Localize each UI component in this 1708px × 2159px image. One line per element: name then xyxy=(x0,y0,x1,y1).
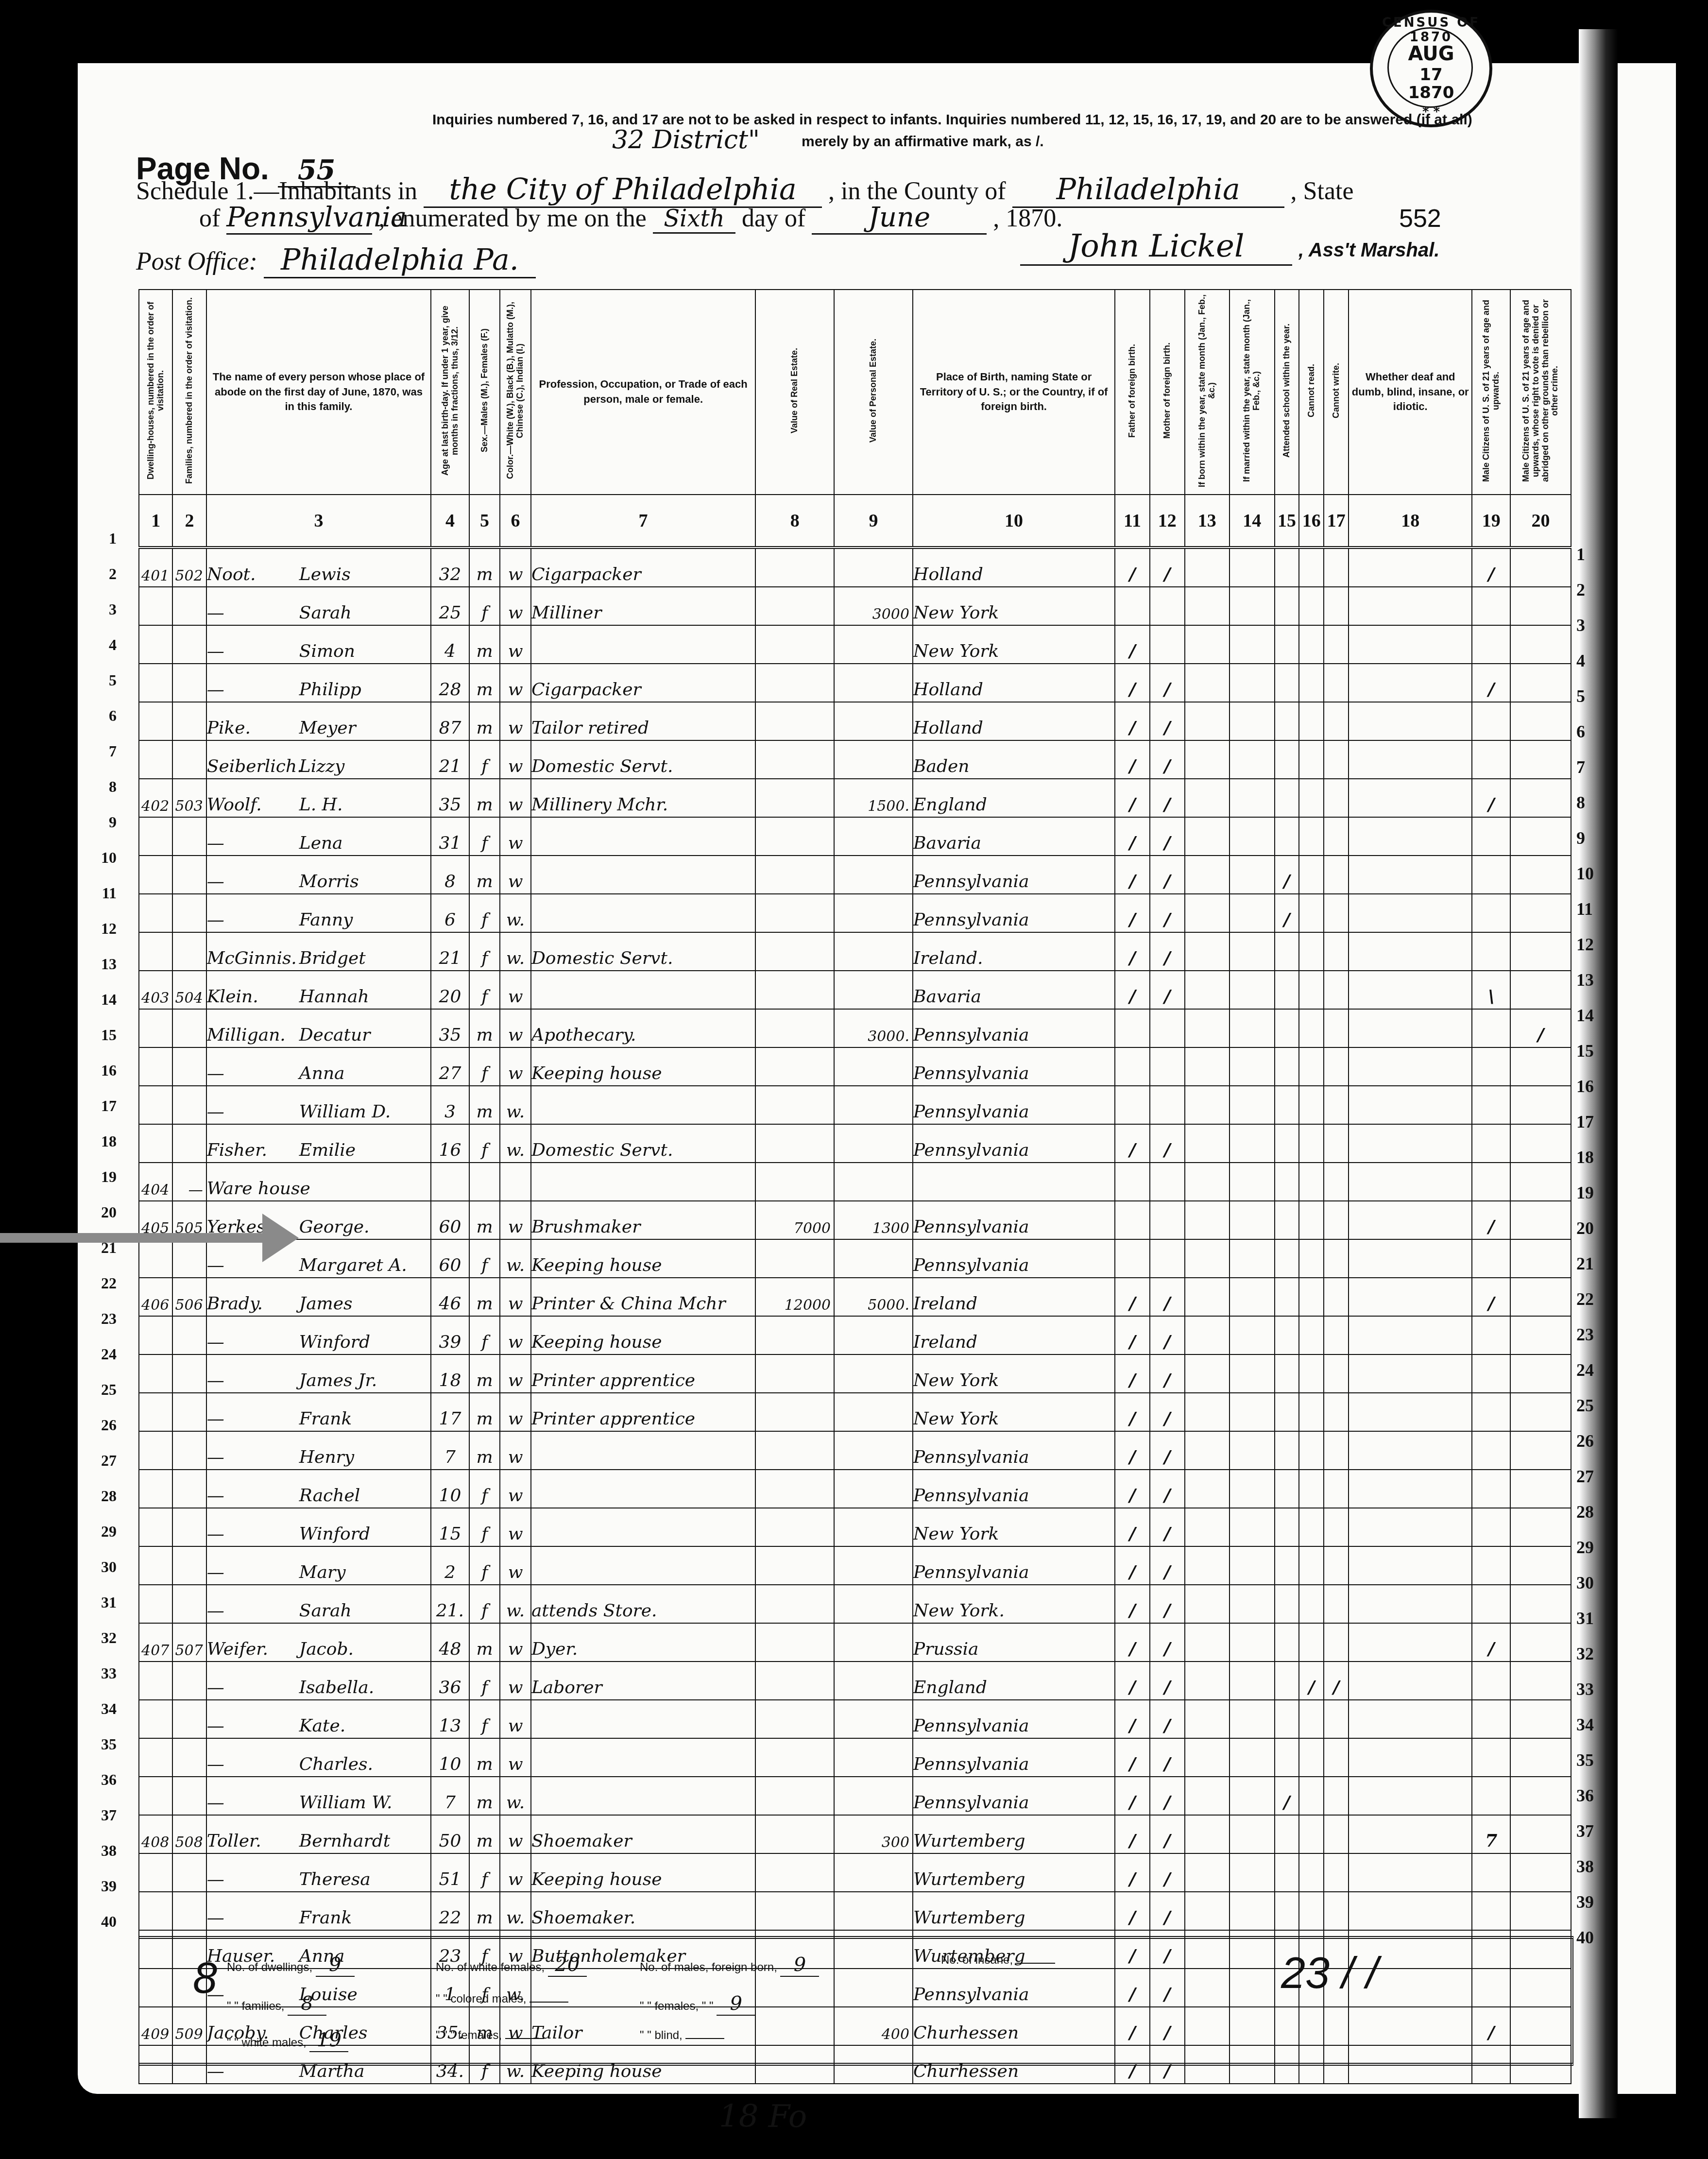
cell-birthplace: New York xyxy=(913,1354,1115,1393)
cell-c19 xyxy=(1472,817,1510,856)
line-number-left: 13 xyxy=(87,955,117,973)
line-number-right: 10 xyxy=(1576,863,1606,884)
cell-c15 xyxy=(1275,1700,1299,1738)
cell-c17 xyxy=(1324,779,1349,817)
line-number-left: 1 xyxy=(87,530,117,548)
cell-real xyxy=(755,740,834,779)
cell-c18 xyxy=(1349,817,1472,856)
cell-family xyxy=(172,664,206,702)
cell-c15: / xyxy=(1275,1777,1299,1815)
cell-c12 xyxy=(1150,1009,1185,1047)
person-name: —Simon xyxy=(206,625,431,664)
cell-real xyxy=(755,1546,834,1585)
surname: — xyxy=(207,1678,299,1697)
line-number-left: 33 xyxy=(87,1664,117,1682)
cell-c18 xyxy=(1349,1892,1472,1930)
line-number-right: 1 xyxy=(1576,544,1606,565)
cell-dwelling xyxy=(139,856,172,894)
cell-birthplace: Pennsylvania xyxy=(913,1470,1115,1508)
cell-c14 xyxy=(1230,1086,1274,1124)
cell-dwelling xyxy=(139,702,172,740)
cell-c16 xyxy=(1299,1738,1324,1777)
cell-c11: / xyxy=(1115,817,1150,856)
cell-color: w xyxy=(500,548,531,587)
cell-c18 xyxy=(1349,1738,1472,1777)
cell-c20 xyxy=(1510,702,1571,740)
cell-c13 xyxy=(1185,1086,1230,1124)
cell-c16 xyxy=(1299,1815,1324,1853)
cell-age: 2 xyxy=(431,1546,469,1585)
cell-occupation: Dyer. xyxy=(531,1623,755,1662)
surname: — xyxy=(207,1908,299,1928)
cell-age: 7 xyxy=(431,1431,469,1470)
cell-real xyxy=(755,1163,834,1201)
cell-c11 xyxy=(1115,1009,1150,1047)
cell-c13 xyxy=(1185,664,1230,702)
cell-c14 xyxy=(1230,548,1274,587)
cell-color: w xyxy=(500,740,531,779)
given-name: Henry xyxy=(299,1447,354,1467)
cell-c17 xyxy=(1324,625,1349,664)
given-name: Bernhardt xyxy=(299,1831,391,1851)
cell-personal xyxy=(834,1853,913,1892)
cell-c13 xyxy=(1185,779,1230,817)
cell-c15 xyxy=(1275,1239,1299,1278)
cell-c13 xyxy=(1185,1738,1230,1777)
cell-family xyxy=(172,1585,206,1623)
column-header-row: Dwelling-houses, numbered in the order o… xyxy=(139,290,1571,495)
cell-c14 xyxy=(1230,1124,1274,1163)
cell-c19: \ xyxy=(1472,971,1510,1009)
cell-dwelling xyxy=(139,1892,172,1930)
cell-personal xyxy=(834,1700,913,1738)
cell-sex: f xyxy=(469,1124,500,1163)
census-row: 407507Weifer.Jacob.48mwDyer.Prussia/// xyxy=(139,1623,1571,1662)
cell-c18 xyxy=(1349,1700,1472,1738)
given-name: James xyxy=(299,1294,353,1314)
census-row: McGinnis.Bridget21fw.Domestic Servt.Irel… xyxy=(139,932,1571,971)
marshal-label: , Ass't Marshal. xyxy=(1298,240,1439,261)
cell-c14 xyxy=(1230,1047,1274,1086)
cell-c18 xyxy=(1349,1853,1472,1892)
cell-c17 xyxy=(1324,740,1349,779)
cell-c12: / xyxy=(1150,1393,1185,1431)
cell-age: 16 xyxy=(431,1124,469,1163)
cell-occupation: Keeping house xyxy=(531,1047,755,1086)
cell-c12: / xyxy=(1150,971,1185,1009)
cell-c16 xyxy=(1299,587,1324,625)
cell-c16 xyxy=(1299,702,1324,740)
cell-c16 xyxy=(1299,1086,1324,1124)
cell-c16 xyxy=(1299,1201,1324,1239)
cell-family xyxy=(172,1508,206,1546)
cell-occupation xyxy=(531,1700,755,1738)
cell-birthplace: New York xyxy=(913,625,1115,664)
cell-c19 xyxy=(1472,1470,1510,1508)
census-row: —Winford15fwNew York// xyxy=(139,1508,1571,1546)
cell-c15 xyxy=(1275,1086,1299,1124)
cell-c17 xyxy=(1324,1354,1349,1393)
cell-c13 xyxy=(1185,856,1230,894)
line-number-left: 22 xyxy=(87,1274,117,1292)
cell-personal xyxy=(834,1086,913,1124)
cell-c14 xyxy=(1230,1316,1274,1354)
cell-c13 xyxy=(1185,1201,1230,1239)
cell-color: w xyxy=(500,856,531,894)
cell-color: w xyxy=(500,1662,531,1700)
cell-dwelling: 406 xyxy=(139,1278,172,1316)
cell-real xyxy=(755,1508,834,1546)
cell-real xyxy=(755,625,834,664)
person-name: Klein.Hannah xyxy=(206,971,431,1009)
line-number-left: 38 xyxy=(87,1842,117,1860)
cell-c14 xyxy=(1230,1738,1274,1777)
cell-c18 xyxy=(1349,932,1472,971)
cell-sex: m xyxy=(469,1623,500,1662)
given-name: Fanny xyxy=(299,910,353,930)
census-row: —Winford39fwKeeping houseIreland// xyxy=(139,1316,1571,1354)
cell-birthplace: Pennsylvania xyxy=(913,1047,1115,1086)
cell-birthplace: Holland xyxy=(913,702,1115,740)
page-summary: 8 No. of dwellings, 9 " " families, 8 " … xyxy=(138,1936,1573,2066)
cell-birthplace: Pennsylvania xyxy=(913,1738,1115,1777)
line-number-right: 28 xyxy=(1576,1502,1606,1522)
cell-family xyxy=(172,587,206,625)
cell-family: 502 xyxy=(172,548,206,587)
col-header-3: The name of every person whose place of … xyxy=(206,290,431,495)
cell-c12: / xyxy=(1150,548,1185,587)
line-number-right: 21 xyxy=(1576,1253,1606,1274)
cell-c20 xyxy=(1510,1508,1571,1546)
state-label: , State xyxy=(1291,177,1354,205)
cell-c20 xyxy=(1510,1892,1571,1930)
cell-age: 25 xyxy=(431,587,469,625)
cell-c13 xyxy=(1185,1546,1230,1585)
cell-c17 xyxy=(1324,1738,1349,1777)
cell-c15 xyxy=(1275,971,1299,1009)
given-name: Decatur xyxy=(299,1025,371,1045)
census-row: —Fanny6fw.Pennsylvania/// xyxy=(139,894,1571,932)
cell-c15 xyxy=(1275,1585,1299,1623)
census-row: 404—Ware house xyxy=(139,1163,1571,1201)
cell-color: w xyxy=(500,1354,531,1393)
cell-c11: / xyxy=(1115,1470,1150,1508)
col-header-19: Male Citizens of U. S. of 21 years of ag… xyxy=(1472,290,1510,495)
cell-c12 xyxy=(1150,587,1185,625)
post-office-line: Post Office: Philadelphia Pa. xyxy=(136,243,536,278)
cell-c17 xyxy=(1324,1047,1349,1086)
cell-real xyxy=(755,856,834,894)
cell-personal xyxy=(834,548,913,587)
cell-dwelling xyxy=(139,1316,172,1354)
cell-personal xyxy=(834,1738,913,1777)
cell-c18 xyxy=(1349,894,1472,932)
cell-c12: / xyxy=(1150,1892,1185,1930)
given-name: James Jr. xyxy=(299,1371,377,1390)
cell-c18 xyxy=(1349,1278,1472,1316)
cell-c19 xyxy=(1472,894,1510,932)
cell-c18 xyxy=(1349,1662,1472,1700)
cell-dwelling xyxy=(139,1470,172,1508)
cell-family xyxy=(172,894,206,932)
surname: Noot. xyxy=(207,565,299,584)
col-header-8: Value of Real Estate. xyxy=(755,290,834,495)
cell-age: 10 xyxy=(431,1738,469,1777)
cell-c20 xyxy=(1510,1470,1571,1508)
given-name: Rachel xyxy=(299,1486,360,1506)
cell-real xyxy=(755,894,834,932)
surname: Milligan. xyxy=(207,1025,299,1045)
cell-birthplace: New York xyxy=(913,1508,1115,1546)
cell-c16 xyxy=(1299,1777,1324,1815)
cell-dwelling xyxy=(139,1047,172,1086)
cell-c18 xyxy=(1349,664,1472,702)
cell-c20 xyxy=(1510,1585,1571,1623)
cell-c18 xyxy=(1349,1815,1472,1853)
cell-real xyxy=(755,1086,834,1124)
line-number-right: 31 xyxy=(1576,1608,1606,1628)
cell-c20 xyxy=(1510,1777,1571,1815)
cell-c17 xyxy=(1324,1086,1349,1124)
cell-age: 21 xyxy=(431,932,469,971)
cell-c11 xyxy=(1115,1086,1150,1124)
person-name: —William D. xyxy=(206,1086,431,1124)
cell-c17 xyxy=(1324,548,1349,587)
cell-birthplace: Holland xyxy=(913,664,1115,702)
cell-c20 xyxy=(1510,894,1571,932)
cell-occupation xyxy=(531,1470,755,1508)
cell-c19: / xyxy=(1472,779,1510,817)
cell-dwelling xyxy=(139,817,172,856)
line-number-left: 29 xyxy=(87,1523,117,1541)
cell-dwelling xyxy=(139,1124,172,1163)
cell-c11: / xyxy=(1115,932,1150,971)
cell-c18 xyxy=(1349,1393,1472,1431)
cell-dwelling: 402 xyxy=(139,779,172,817)
cell-c16 xyxy=(1299,1393,1324,1431)
cell-c12: / xyxy=(1150,932,1185,971)
cell-c12 xyxy=(1150,1201,1185,1239)
cell-c17 xyxy=(1324,1777,1349,1815)
stamp-year: 1870 xyxy=(1373,83,1489,103)
cell-real xyxy=(755,1585,834,1623)
cell-personal xyxy=(834,1047,913,1086)
cell-c14 xyxy=(1230,1431,1274,1470)
cell-c20 xyxy=(1510,779,1571,817)
cell-age: 50 xyxy=(431,1815,469,1853)
cell-c15 xyxy=(1275,1892,1299,1930)
enumeration-line: of Pennsylvania , enumerated by me on th… xyxy=(199,202,1062,235)
given-name: Anna xyxy=(299,1063,345,1083)
cell-c16 xyxy=(1299,856,1324,894)
cell-dwelling xyxy=(139,1086,172,1124)
line-number-left: 2 xyxy=(87,565,117,583)
line-number-right: 32 xyxy=(1576,1644,1606,1664)
line-number-left: 23 xyxy=(87,1310,117,1328)
cell-real xyxy=(755,1892,834,1930)
col-header-1: Dwelling-houses, numbered in the order o… xyxy=(139,290,172,495)
cell-c20 xyxy=(1510,664,1571,702)
person-name: —Theresa xyxy=(206,1853,431,1892)
cell-c16 xyxy=(1299,664,1324,702)
cell-c14 xyxy=(1230,587,1274,625)
cell-occupation: Keeping house xyxy=(531,1853,755,1892)
cell-c12: / xyxy=(1150,1777,1185,1815)
cell-personal xyxy=(834,856,913,894)
cell-c12: / xyxy=(1150,894,1185,932)
cell-c17 xyxy=(1324,1815,1349,1853)
line-number-right: 37 xyxy=(1576,1821,1606,1841)
line-number-right: 13 xyxy=(1576,970,1606,990)
cell-real xyxy=(755,1815,834,1853)
cell-c12 xyxy=(1150,1163,1185,1201)
cell-c13 xyxy=(1185,817,1230,856)
cell-birthplace: New York. xyxy=(913,1585,1115,1623)
cell-c14 xyxy=(1230,1354,1274,1393)
cell-c15 xyxy=(1275,1853,1299,1892)
person-name: —Margaret A. xyxy=(206,1239,431,1278)
line-number-left: 9 xyxy=(87,813,117,831)
given-name: Sarah xyxy=(299,1601,352,1621)
summary-families: " " families, 8 xyxy=(227,1992,326,2016)
cell-age: 3 xyxy=(431,1086,469,1124)
cell-c20 xyxy=(1510,1047,1571,1086)
cell-color: w xyxy=(500,1700,531,1738)
line-number-right: 29 xyxy=(1576,1537,1606,1558)
col-header-14: If married within the year, state month … xyxy=(1230,290,1274,495)
cell-c12: / xyxy=(1150,1278,1185,1316)
cell-family: 503 xyxy=(172,779,206,817)
cell-occupation xyxy=(531,817,755,856)
line-number-left: 32 xyxy=(87,1629,117,1647)
cell-family xyxy=(172,1431,206,1470)
cell-real xyxy=(755,1009,834,1047)
post-office-field: Philadelphia Pa. xyxy=(264,243,536,278)
line-number-right: 38 xyxy=(1576,1856,1606,1877)
cell-c11: / xyxy=(1115,625,1150,664)
col-header-9: Value of Personal Estate. xyxy=(834,290,913,495)
cell-c11: / xyxy=(1115,1354,1150,1393)
cell-c12: / xyxy=(1150,1738,1185,1777)
cell-family xyxy=(172,740,206,779)
census-rows: 401502Noot.Lewis32mwCigarpackerHolland//… xyxy=(139,548,1571,2084)
person-name: Toller.Bernhardt xyxy=(206,1815,431,1853)
cell-color: w. xyxy=(500,1585,531,1623)
cell-personal xyxy=(834,1163,913,1201)
cell-c13 xyxy=(1185,1278,1230,1316)
cell-color: w xyxy=(500,1470,531,1508)
line-number-left: 28 xyxy=(87,1487,117,1505)
cell-c13 xyxy=(1185,587,1230,625)
col-header-16: Cannot read. xyxy=(1299,290,1324,495)
cell-sex: f xyxy=(469,1239,500,1278)
cell-age: 27 xyxy=(431,1047,469,1086)
cell-c20 xyxy=(1510,817,1571,856)
cell-c16 xyxy=(1299,779,1324,817)
cell-sex: m xyxy=(469,1201,500,1239)
summary-side-mark: 8 xyxy=(193,1953,217,2004)
line-number-right: 3 xyxy=(1576,615,1606,635)
col-header-12: Mother of foreign birth. xyxy=(1150,290,1185,495)
cell-occupation: Printer & China Mchr xyxy=(531,1278,755,1316)
cell-c16 xyxy=(1299,1239,1324,1278)
cell-c13 xyxy=(1185,1623,1230,1662)
stamp-month: AUG xyxy=(1373,43,1489,65)
line-number-right: 9 xyxy=(1576,828,1606,848)
given-name: Charles. xyxy=(299,1754,373,1774)
cell-birthplace: Ireland xyxy=(913,1316,1115,1354)
line-number-right: 20 xyxy=(1576,1218,1606,1238)
census-row: 408508Toller.Bernhardt50mwShoemaker300Wu… xyxy=(139,1815,1571,1853)
cell-c17 xyxy=(1324,664,1349,702)
cell-birthplace: Pennsylvania xyxy=(913,1431,1115,1470)
surname: — xyxy=(207,1332,299,1352)
cell-c18 xyxy=(1349,1623,1472,1662)
cell-c11: / xyxy=(1115,1623,1150,1662)
cell-c20 xyxy=(1510,587,1571,625)
cell-c11: / xyxy=(1115,1662,1150,1700)
cell-c16 xyxy=(1299,1546,1324,1585)
given-name: William D. xyxy=(299,1102,391,1122)
cell-real xyxy=(755,1354,834,1393)
cell-age: 48 xyxy=(431,1623,469,1662)
cell-c18 xyxy=(1349,1201,1472,1239)
cell-occupation: Printer apprentice xyxy=(531,1393,755,1431)
col-num: 8 xyxy=(755,495,834,548)
cell-c17 xyxy=(1324,1009,1349,1047)
cell-real xyxy=(755,1316,834,1354)
line-number-right: 35 xyxy=(1576,1750,1606,1770)
cell-c17 xyxy=(1324,1546,1349,1585)
cell-dwelling: 408 xyxy=(139,1815,172,1853)
cell-c19 xyxy=(1472,856,1510,894)
cell-birthplace: Baden xyxy=(913,740,1115,779)
cell-c14 xyxy=(1230,1163,1274,1201)
line-number-right: 23 xyxy=(1576,1324,1606,1345)
given-name: Meyer xyxy=(299,718,356,738)
cell-dwelling xyxy=(139,894,172,932)
line-number-left: 4 xyxy=(87,636,117,654)
census-row: —Frank17mwPrinter apprenticeNew York// xyxy=(139,1393,1571,1431)
line-number-right: 39 xyxy=(1576,1892,1606,1912)
cell-c11: / xyxy=(1115,1546,1150,1585)
inquiry-note-2: merely by an affirmative mark, as /. xyxy=(802,134,1044,150)
cell-real xyxy=(755,1700,834,1738)
line-number-left: 34 xyxy=(87,1700,117,1718)
cell-c18 xyxy=(1349,1546,1472,1585)
cell-age: 35 xyxy=(431,1009,469,1047)
cell-c15 xyxy=(1275,1738,1299,1777)
cell-age: 7 xyxy=(431,1777,469,1815)
cell-c18 xyxy=(1349,1047,1472,1086)
cell-c11: / xyxy=(1115,664,1150,702)
day-of-label: day of xyxy=(742,205,805,232)
line-number-right: 24 xyxy=(1576,1360,1606,1380)
col-header-13: If born within the year, state month (Ja… xyxy=(1185,290,1230,495)
cell-age: 13 xyxy=(431,1700,469,1738)
cell-birthplace: Holland xyxy=(913,548,1115,587)
cell-occupation: Printer apprentice xyxy=(531,1354,755,1393)
cell-personal xyxy=(834,1546,913,1585)
cell-occupation xyxy=(531,625,755,664)
surname: Fisher. xyxy=(207,1140,299,1160)
marshal-signature: John Lickel xyxy=(1020,228,1292,266)
given-name: Lewis xyxy=(299,565,351,584)
cell-birthplace: Pennsylvania xyxy=(913,1124,1115,1163)
cell-sex: m xyxy=(469,1009,500,1047)
cell-birthplace: Pennsylvania xyxy=(913,1239,1115,1278)
person-name: Fisher.Emilie xyxy=(206,1124,431,1163)
